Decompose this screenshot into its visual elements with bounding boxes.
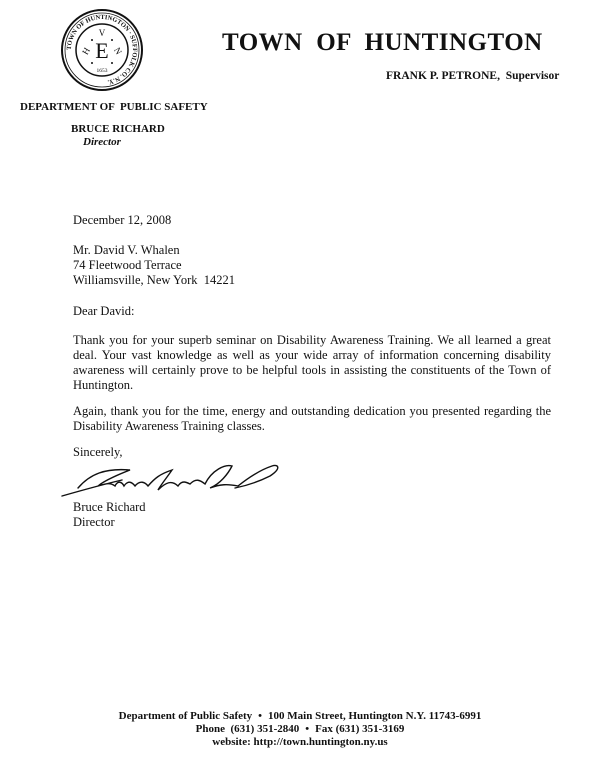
recipient-city: Williamsville, New York 14221 bbox=[73, 273, 551, 288]
recipient-street: 74 Fleetwood Terrace bbox=[73, 258, 551, 273]
supervisor-line: FRANK P. PETRONE, Supervisor bbox=[386, 70, 559, 82]
closing: Sincerely, bbox=[73, 445, 551, 460]
recipient-address: Mr. David V. Whalen 74 Fleetwood Terrace… bbox=[73, 243, 551, 288]
department-name: DEPARTMENT OF PUBLIC SAFETY bbox=[20, 101, 208, 113]
body-paragraph: Again, thank you for the time, energy an… bbox=[73, 404, 551, 434]
svg-text:N: N bbox=[112, 46, 124, 57]
footer-address-line: Department of Public Safety•100 Main Str… bbox=[0, 710, 600, 723]
recipient-name: Mr. David V. Whalen bbox=[73, 243, 551, 258]
signer-title: Director bbox=[73, 515, 551, 530]
bullet-separator: • bbox=[299, 723, 315, 735]
director-title: Director bbox=[83, 136, 121, 148]
director-name: BRUCE RICHARD bbox=[71, 123, 165, 135]
footer: Department of Public Safety•100 Main Str… bbox=[0, 710, 600, 749]
town-seal-icon: TOWN OF HUNTINGTON · SUFFOLK CO. N.Y. E … bbox=[60, 8, 144, 92]
signer-name: Bruce Richard bbox=[73, 500, 551, 515]
signer-block: Bruce Richard Director bbox=[73, 500, 551, 530]
signature-icon bbox=[60, 460, 285, 500]
svg-text:E: E bbox=[95, 38, 108, 63]
svg-text:V: V bbox=[99, 28, 106, 38]
salutation: Dear David: bbox=[73, 304, 551, 319]
body-paragraph: Thank you for your superb seminar on Dis… bbox=[73, 333, 551, 393]
footer-website[interactable]: website: http://town.huntington.ny.us bbox=[0, 736, 600, 749]
svg-text:1653: 1653 bbox=[97, 68, 108, 74]
footer-phone: Phone (631) 351-2840 bbox=[196, 723, 300, 735]
footer-fax: Fax (631) 351-3169 bbox=[315, 723, 404, 735]
svg-text:H: H bbox=[80, 45, 92, 56]
footer-contact-line: Phone (631) 351-2840•Fax (631) 351-3169 bbox=[0, 723, 600, 736]
letterhead-title: TOWN OF HUNTINGTON bbox=[222, 29, 543, 57]
bullet-separator: • bbox=[252, 710, 268, 722]
footer-address: 100 Main Street, Huntington N.Y. 11743-6… bbox=[268, 710, 481, 722]
letter-date: December 12, 2008 bbox=[73, 213, 551, 228]
footer-department: Department of Public Safety bbox=[119, 710, 253, 722]
